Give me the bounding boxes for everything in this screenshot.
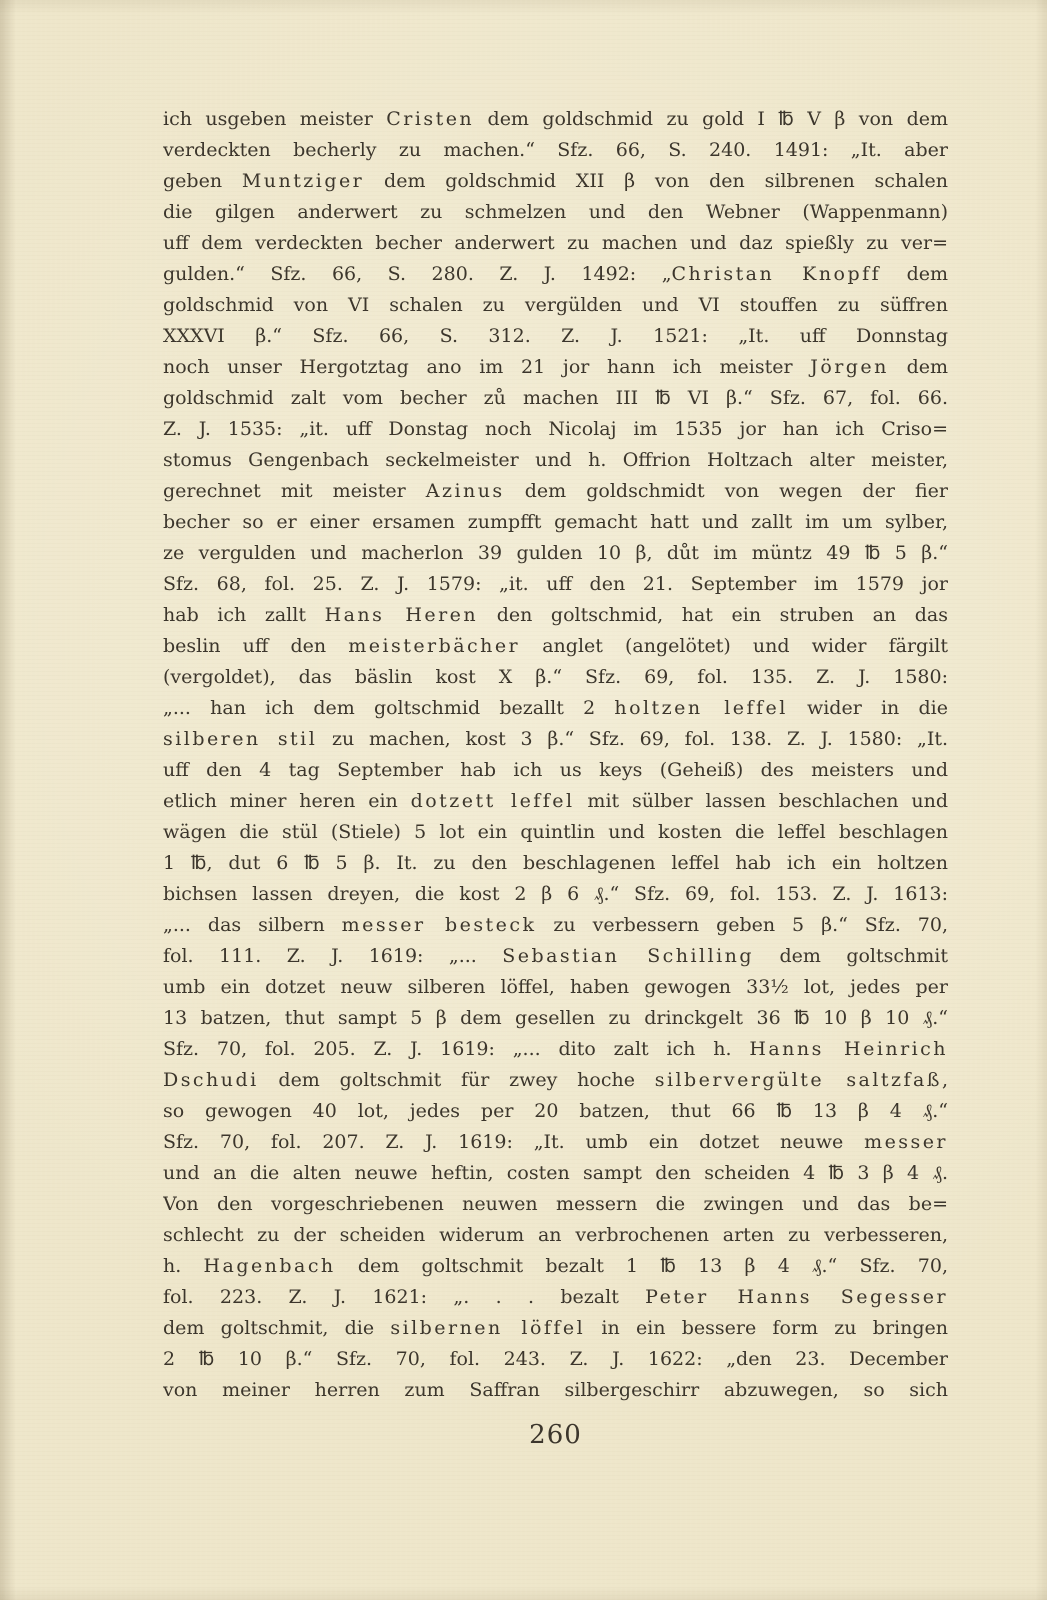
text-segment: dem goldschmidt von wegen der fier [505, 480, 948, 502]
text-line: „... das silbern messer besteck zu verbe… [163, 910, 948, 941]
text-segment: umb ein dotzet neuw silberen löffel, hab… [163, 976, 948, 998]
text-segment: von meiner herren zum Saffran silbergesc… [163, 1379, 948, 1401]
emphasized-text: Muntziger [242, 170, 364, 192]
text-block: ich usgeben meister Cristen dem goldschm… [163, 104, 948, 1406]
text-segment: ich usgeben meister [163, 108, 386, 130]
text-line: uff den 4 tag September hab ich us keys … [163, 755, 948, 786]
emphasized-text: messer besteck [342, 914, 537, 936]
text-segment: so gewogen 40 lot, jedes per 20 batzen, … [163, 1100, 948, 1122]
text-line: ze vergulden und macherlon 39 gulden 10 … [163, 538, 948, 569]
text-line: dem goltschmit, die silbernen löffel in … [163, 1313, 948, 1344]
text-segment: fol. 223. Z. J. 1621: „. . . bezalt [163, 1286, 645, 1308]
emphasized-text: Dschudi [163, 1069, 259, 1091]
text-line: umb ein dotzet neuw silberen löffel, hab… [163, 972, 948, 1003]
text-line: silberen stil zu machen, kost 3 β.“ Sfz.… [163, 724, 948, 755]
emphasized-text: Hans Heren [325, 604, 479, 626]
text-segment: , [942, 1069, 948, 1091]
text-segment: (vergoldet), das bäslin kost X β.“ Sfz. … [163, 666, 948, 688]
emphasized-text: silbervergülte saltzfaß [655, 1069, 942, 1091]
emphasized-text: Hanns Heinrich [749, 1038, 948, 1060]
text-segment: Sfz. 68, fol. 25. Z. J. 1579: „it. uff d… [163, 573, 948, 595]
emphasized-text: Jörgen [810, 356, 889, 378]
text-segment: 13 batzen, thut sampt 5 β dem gesellen z… [163, 1007, 948, 1029]
emphasized-text: silbernen löffel [390, 1317, 585, 1339]
text-segment: „... das silbern [163, 914, 342, 936]
text-segment: 1 ℔, dut 6 ℔ 5 β. It. zu den beschlagene… [163, 852, 948, 874]
text-segment: dem [889, 356, 948, 378]
text-line: fol. 223. Z. J. 1621: „. . . bezalt Pete… [163, 1282, 948, 1313]
book-page: ich usgeben meister Cristen dem goldschm… [0, 0, 1047, 1600]
text-segment: goldschmid von VI schalen zu vergülden u… [163, 294, 948, 316]
text-segment: dem goltschmit bezalt 1 ℔ 13 β 4 ₰.“ Sfz… [336, 1255, 948, 1277]
text-segment: den goltschmid, hat ein struben an das [478, 604, 948, 626]
text-line: gulden.“ Sfz. 66, S. 280. Z. J. 1492: „C… [163, 259, 948, 290]
text-line: Z. J. 1535: „it. uff Donstag noch Nicola… [163, 414, 948, 445]
emphasized-text: holtzen leffel [614, 697, 787, 719]
text-line: h. Hagenbach dem goltschmit bezalt 1 ℔ 1… [163, 1251, 948, 1282]
text-line: ich usgeben meister Cristen dem goldschm… [163, 104, 948, 135]
text-segment: hab ich zallt [163, 604, 325, 626]
text-segment: stomus Gengenbach seckelmeister und h. O… [163, 449, 948, 471]
emphasized-text: dotzett leffel [411, 790, 575, 812]
text-line: becher so er einer ersamen zumpfft gemac… [163, 507, 948, 538]
text-segment: becher so er einer ersamen zumpfft gemac… [163, 511, 948, 533]
emphasized-text: silberen stil [163, 728, 317, 750]
text-line: „... han ich dem goltschmid bezallt 2 ho… [163, 693, 948, 724]
text-line: 13 batzen, thut sampt 5 β dem gesellen z… [163, 1003, 948, 1034]
text-segment: Sfz. 70, fol. 205. Z. J. 1619: „... dito… [163, 1038, 749, 1060]
text-line: 1 ℔, dut 6 ℔ 5 β. It. zu den beschlagene… [163, 848, 948, 879]
text-segment: uff den 4 tag September hab ich us keys … [163, 759, 948, 781]
text-line: etlich miner heren ein dotzett leffel mi… [163, 786, 948, 817]
text-segment: beslin uff den [163, 635, 348, 657]
text-segment: etlich miner heren ein [163, 790, 411, 812]
text-line: wägen die stül (Stiele) 5 lot ein quintl… [163, 817, 948, 848]
text-line: von meiner herren zum Saffran silbergesc… [163, 1375, 948, 1406]
text-line: XXXVI β.“ Sfz. 66, S. 312. Z. J. 1521: „… [163, 321, 948, 352]
text-segment: fol. 111. Z. J. 1619: „... [163, 945, 502, 967]
emphasized-text: messer [864, 1131, 948, 1153]
text-segment: h. [163, 1255, 204, 1277]
text-segment: anglet (angelötet) und wider färgilt [520, 635, 948, 657]
emphasized-text: Christan Knopff [672, 263, 882, 285]
emphasized-text: Peter Hanns Segesser [645, 1286, 948, 1308]
text-line: geben Muntziger dem goldschmid XII β von… [163, 166, 948, 197]
text-line: beslin uff den meisterbächer anglet (ang… [163, 631, 948, 662]
text-segment: dem goldschmid XII β von den silbrenen s… [364, 170, 948, 192]
text-line: Sfz. 70, fol. 207. Z. J. 1619: „It. umb … [163, 1127, 948, 1158]
text-segment: zu machen, kost 3 β.“ Sfz. 69, fol. 138.… [317, 728, 948, 750]
text-segment: wägen die stül (Stiele) 5 lot ein quintl… [163, 821, 948, 843]
text-segment: und an die alten neuwe heftin, costen sa… [163, 1162, 948, 1184]
text-line: Sfz. 70, fol. 205. Z. J. 1619: „... dito… [163, 1034, 948, 1065]
text-segment: Sfz. 70, fol. 207. Z. J. 1619: „It. umb … [163, 1131, 864, 1153]
text-line: fol. 111. Z. J. 1619: „... Sebastian Sch… [163, 941, 948, 972]
emphasized-text: Sebastian Schilling [502, 945, 754, 967]
text-line: stomus Gengenbach seckelmeister und h. O… [163, 445, 948, 476]
text-line: Sfz. 68, fol. 25. Z. J. 1579: „it. uff d… [163, 569, 948, 600]
text-segment: noch unser Hergotztag ano im 21 jor hann… [163, 356, 810, 378]
text-segment: bichsen lassen dreyen, die kost 2 β 6 ₰.… [163, 883, 948, 905]
text-segment: schlecht zu der scheiden widerum an verb… [163, 1224, 948, 1246]
text-line: schlecht zu der scheiden widerum an verb… [163, 1220, 948, 1251]
text-line: goldschmid von VI schalen zu vergülden u… [163, 290, 948, 321]
text-segment: geben [163, 170, 242, 192]
text-line: und an die alten neuwe heftin, costen sa… [163, 1158, 948, 1189]
text-segment: dem goltschmit für zwey hoche [259, 1069, 655, 1091]
text-segment: Z. J. 1535: „it. uff Donstag noch Nicola… [163, 418, 948, 440]
text-segment: verdeckten becherly zu machen.“ Sfz. 66,… [163, 139, 948, 161]
text-segment: dem [881, 263, 948, 285]
text-segment: wider in die [788, 697, 948, 719]
page-number: 260 [163, 1420, 948, 1450]
text-segment: gulden.“ Sfz. 66, S. 280. Z. J. 1492: „ [163, 263, 672, 285]
text-line: goldschmid zalt vom becher zů machen III… [163, 383, 948, 414]
text-segment: dem goldschmid zu gold I ℔ V β von dem [474, 108, 948, 130]
text-line: 2 ℔ 10 β.“ Sfz. 70, fol. 243. Z. J. 1622… [163, 1344, 948, 1375]
text-segment: die gilgen anderwert zu schmelzen und de… [163, 201, 948, 223]
text-segment: mit sülber lassen beschlachen und [575, 790, 948, 812]
text-segment: zu verbessern geben 5 β.“ Sfz. 70, [536, 914, 948, 936]
text-segment: gerechnet mit meister [163, 480, 426, 502]
emphasized-text: Hagenbach [204, 1255, 336, 1277]
emphasized-text: Azinus [426, 480, 505, 502]
text-segment: goldschmid zalt vom becher zů machen III… [163, 387, 948, 409]
text-segment: ze vergulden und macherlon 39 gulden 10 … [163, 542, 948, 564]
text-segment: in ein bessere form zu bringen [585, 1317, 948, 1339]
text-line: Dschudi dem goltschmit für zwey hoche si… [163, 1065, 948, 1096]
text-segment: „... han ich dem goltschmid bezallt 2 [163, 697, 614, 719]
text-line: hab ich zallt Hans Heren den goltschmid,… [163, 600, 948, 631]
text-line: gerechnet mit meister Azinus dem goldsch… [163, 476, 948, 507]
text-line: noch unser Hergotztag ano im 21 jor hann… [163, 352, 948, 383]
text-segment: 2 ℔ 10 β.“ Sfz. 70, fol. 243. Z. J. 1622… [163, 1348, 948, 1370]
text-segment: Von den vorgeschriebenen neuwen messern … [163, 1193, 948, 1215]
text-line: so gewogen 40 lot, jedes per 20 batzen, … [163, 1096, 948, 1127]
text-line: Von den vorgeschriebenen neuwen messern … [163, 1189, 948, 1220]
emphasized-text: Cristen [386, 108, 474, 130]
text-line: uff dem verdeckten becher anderwert zu m… [163, 228, 948, 259]
text-segment: XXXVI β.“ Sfz. 66, S. 312. Z. J. 1521: „… [163, 325, 948, 347]
text-segment: dem goltschmit [754, 945, 948, 967]
text-line: (vergoldet), das bäslin kost X β.“ Sfz. … [163, 662, 948, 693]
emphasized-text: meisterbächer [348, 635, 520, 657]
text-line: bichsen lassen dreyen, die kost 2 β 6 ₰.… [163, 879, 948, 910]
text-segment: dem goltschmit, die [163, 1317, 390, 1339]
text-line: die gilgen anderwert zu schmelzen und de… [163, 197, 948, 228]
text-line: verdeckten becherly zu machen.“ Sfz. 66,… [163, 135, 948, 166]
text-segment: uff dem verdeckten becher anderwert zu m… [163, 232, 948, 254]
